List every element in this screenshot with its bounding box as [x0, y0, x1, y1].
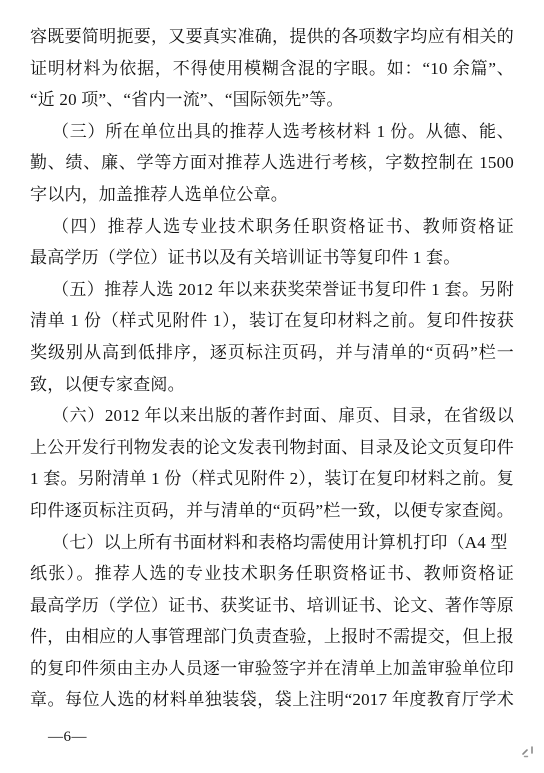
text-line: （四）推荐人选专业技术职务任职资格证书、教师资格证书、	[30, 211, 514, 243]
text-line: （五）推荐人选 2012 年以来获奖荣誉证书复印件 1 套。另附	[30, 274, 514, 306]
text-line: 字以内，加盖推荐人选单位公章。	[30, 179, 514, 211]
text-line: 容既要简明扼要，又要真实准确，提供的各项数字均应有相关的	[30, 21, 514, 53]
text-line: 勤、绩、廉、学等方面对推荐人选进行考核，字数控制在 1500	[30, 147, 514, 179]
text-line: 最高学历（学位）证书、获奖证书、培训证书、论文、著作等原	[30, 590, 514, 622]
text-line: 最高学历（学位）证书以及有关培训证书等复印件 1 套。	[30, 242, 514, 274]
text-line: 致，以便专家查阅。	[30, 369, 514, 401]
text-line: 上公开发行刊物发表的论文发表刊物封面、目录及论文页复印件	[30, 432, 514, 464]
text-line: （三）所在单位出具的推荐人选考核材料 1 份。从德、能、	[30, 116, 514, 148]
text-line: 证明材料为依据，不得使用模糊含混的字眼。如：“10 余篇”、	[30, 53, 514, 85]
text-line: 1 套。另附清单 1 份（样式见附件 2），装订在复印材料之前。复	[30, 463, 514, 495]
text-line: （七）以上所有书面材料和表格均需使用计算机打印（A4 型	[30, 527, 514, 559]
text-line: 的复印件须由主办人员逐一审验签字并在清单上加盖审验单位印	[30, 653, 514, 685]
pen-mark-artifact	[520, 744, 538, 762]
page-number: —6—	[48, 727, 87, 747]
text-line: 纸张）。推荐人选的专业技术职务任职资格证书、教师资格证书、	[30, 558, 514, 590]
text-line: 印件逐页标注页码，并与清单的“页码”栏一致，以便专家查阅。	[30, 495, 514, 527]
document-body: 容既要简明扼要，又要真实准确，提供的各项数字均应有相关的证明材料为依据，不得使用…	[30, 21, 514, 716]
text-line: （六）2012 年以来出版的著作封面、扉页、目录，在省级以	[30, 400, 514, 432]
text-line: “近 20 项”、“省内一流”、“国际领先”等。	[30, 84, 514, 116]
text-line: 件，由相应的人事管理部门负责查验，上报时不需提交，但上报	[30, 621, 514, 653]
text-line: 章。每位人选的材料单独装袋，袋上注明“2017 年度教育厅学术	[30, 684, 514, 716]
text-line: 清单 1 份（样式见附件 1），装订在复印材料之前。复印件按获	[30, 305, 514, 337]
document-page: 容既要简明扼要，又要真实准确，提供的各项数字均应有相关的证明材料为依据，不得使用…	[0, 0, 544, 773]
text-line: 奖级别从高到低排序，逐页标注页码，并与清单的“页码”栏一	[30, 337, 514, 369]
